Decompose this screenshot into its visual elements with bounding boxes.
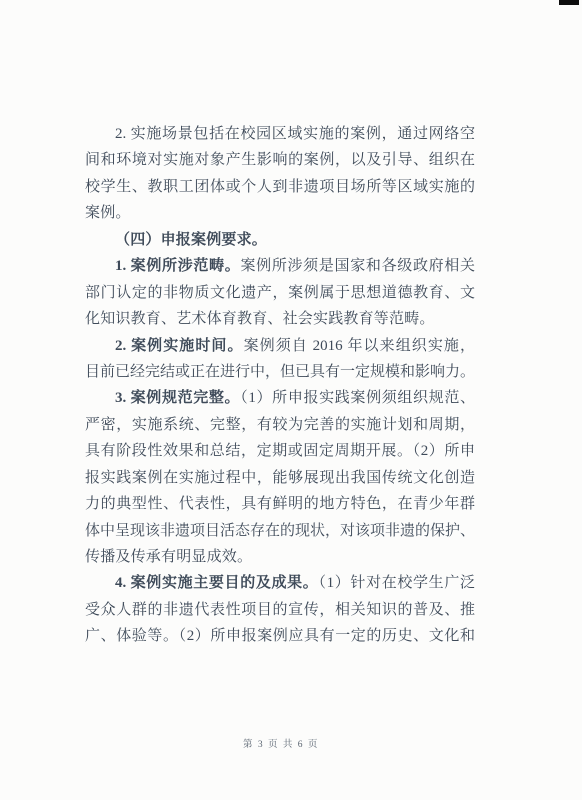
body-text-run: 案例所涉须是国家和各级政府相关 xyxy=(240,258,475,274)
body-text-run: 间和环境对实施对象产生影响的案例，以及引导、组织在 xyxy=(85,152,475,168)
text-line: 2. 案例实施时间。案例须自 2016 年以来组织实施， xyxy=(85,333,475,359)
body-text-run: 校学生、教职工团体或个人到非遗项目场所等区域实施的 xyxy=(85,179,475,195)
text-line: 4. 案例实施主要目的及成果。（1）针对在校学生广泛 xyxy=(85,570,475,596)
text-line: （四）申报案例要求。 xyxy=(85,227,475,253)
clause-heading-run: 4. 案例实施主要目的及成果。 xyxy=(115,575,318,591)
body-text-run: 案例。 xyxy=(85,205,131,221)
body-text-run: 受众人群的非遗代表性项目的宣传，相关知识的普及、推 xyxy=(85,602,475,618)
text-line: 部门认定的非物质文化遗产，案例属于思想道德教育、文 xyxy=(85,280,475,306)
clause-heading-run: 1. 案例所涉范畴。 xyxy=(115,258,240,274)
body-text-run: 报实践案例在实施过程中，能够展现出我国传统文化创造 xyxy=(85,470,475,486)
body-text-run: 具有阶段性效果和总结，定期或固定周期开展。（2）所申 xyxy=(85,443,475,459)
body-text-run: 目前已经完结或正在进行中，但已具有一定规模和影响力。 xyxy=(85,364,475,380)
text-line: 校学生、教职工团体或个人到非遗项目场所等区域实施的 xyxy=(85,174,475,200)
body-text-run: 2. 实施场景包括在校园区域实施的案例，通过网络空 xyxy=(115,126,475,142)
text-line: 间和环境对实施对象产生影响的案例，以及引导、组织在 xyxy=(85,147,475,173)
text-line: 广、体验等。（2）所申报案例应具有一定的历史、文化和 xyxy=(85,623,475,649)
body-text-run: 化知识教育、艺术体育教育、社会实践教育等范畴。 xyxy=(85,311,435,327)
text-line: 体中呈现该非遗项目活态存在的现状，对该项非遗的保护、 xyxy=(85,518,475,544)
text-line: 力的典型性、代表性，具有鲜明的地方特色，在青少年群 xyxy=(85,491,475,517)
text-line: 2. 实施场景包括在校园区域实施的案例，通过网络空 xyxy=(85,121,475,147)
text-line: 案例。 xyxy=(85,200,475,226)
body-text-run: 体中呈现该非遗项目活态存在的现状，对该项非遗的保护、 xyxy=(85,523,475,539)
text-line: 严密，实施系统、完整，有较为完善的实施计划和周期， xyxy=(85,412,475,438)
document-body: 2. 实施场景包括在校园区域实施的案例，通过网络空间和环境对实施对象产生影响的案… xyxy=(85,121,475,650)
body-text-run: 传播及传承有明显成效。 xyxy=(85,549,252,565)
clause-heading-run: 2. 案例实施时间。 xyxy=(115,338,244,354)
body-text-run: （1）所申报实践案例须组织规范、 xyxy=(240,390,475,406)
body-text-run: 严密，实施系统、完整，有较为完善的实施计划和周期， xyxy=(85,417,475,433)
body-text-run: 案例须自 2016 年以来组织实施， xyxy=(244,338,475,354)
page-number-label: 第 3 页 共 6 页 xyxy=(243,740,319,750)
text-line: 报实践案例在实施过程中，能够展现出我国传统文化创造 xyxy=(85,465,475,491)
text-line: 目前已经完结或正在进行中，但已具有一定规模和影响力。 xyxy=(85,359,475,385)
text-line: 3. 案例规范完整。（1）所申报实践案例须组织规范、 xyxy=(85,385,475,411)
scanned-document-page: 2. 实施场景包括在校园区域实施的案例，通过网络空间和环境对实施对象产生影响的案… xyxy=(0,0,582,800)
body-text-run: 力的典型性、代表性，具有鲜明的地方特色，在青少年群 xyxy=(85,496,475,512)
document-lines: 2. 实施场景包括在校园区域实施的案例，通过网络空间和环境对实施对象产生影响的案… xyxy=(85,121,475,650)
scan-artifact-mark xyxy=(559,0,579,5)
clause-heading-run: 3. 案例规范完整。 xyxy=(115,390,240,406)
page-number-footer: 第 3 页 共 6 页 xyxy=(243,736,319,750)
body-text-run: 广、体验等。（2）所申报案例应具有一定的历史、文化和 xyxy=(85,628,475,644)
text-line: 传播及传承有明显成效。 xyxy=(85,544,475,570)
text-line: 受众人群的非遗代表性项目的宣传，相关知识的普及、推 xyxy=(85,597,475,623)
clause-heading-run: （四）申报案例要求。 xyxy=(115,232,267,248)
body-text-run: （1）针对在校学生广泛 xyxy=(318,575,475,591)
text-line: 化知识教育、艺术体育教育、社会实践教育等范畴。 xyxy=(85,306,475,332)
body-text-run: 部门认定的非物质文化遗产，案例属于思想道德教育、文 xyxy=(85,285,475,301)
text-line: 具有阶段性效果和总结，定期或固定周期开展。（2）所申 xyxy=(85,438,475,464)
text-line: 1. 案例所涉范畴。案例所涉须是国家和各级政府相关 xyxy=(85,253,475,279)
